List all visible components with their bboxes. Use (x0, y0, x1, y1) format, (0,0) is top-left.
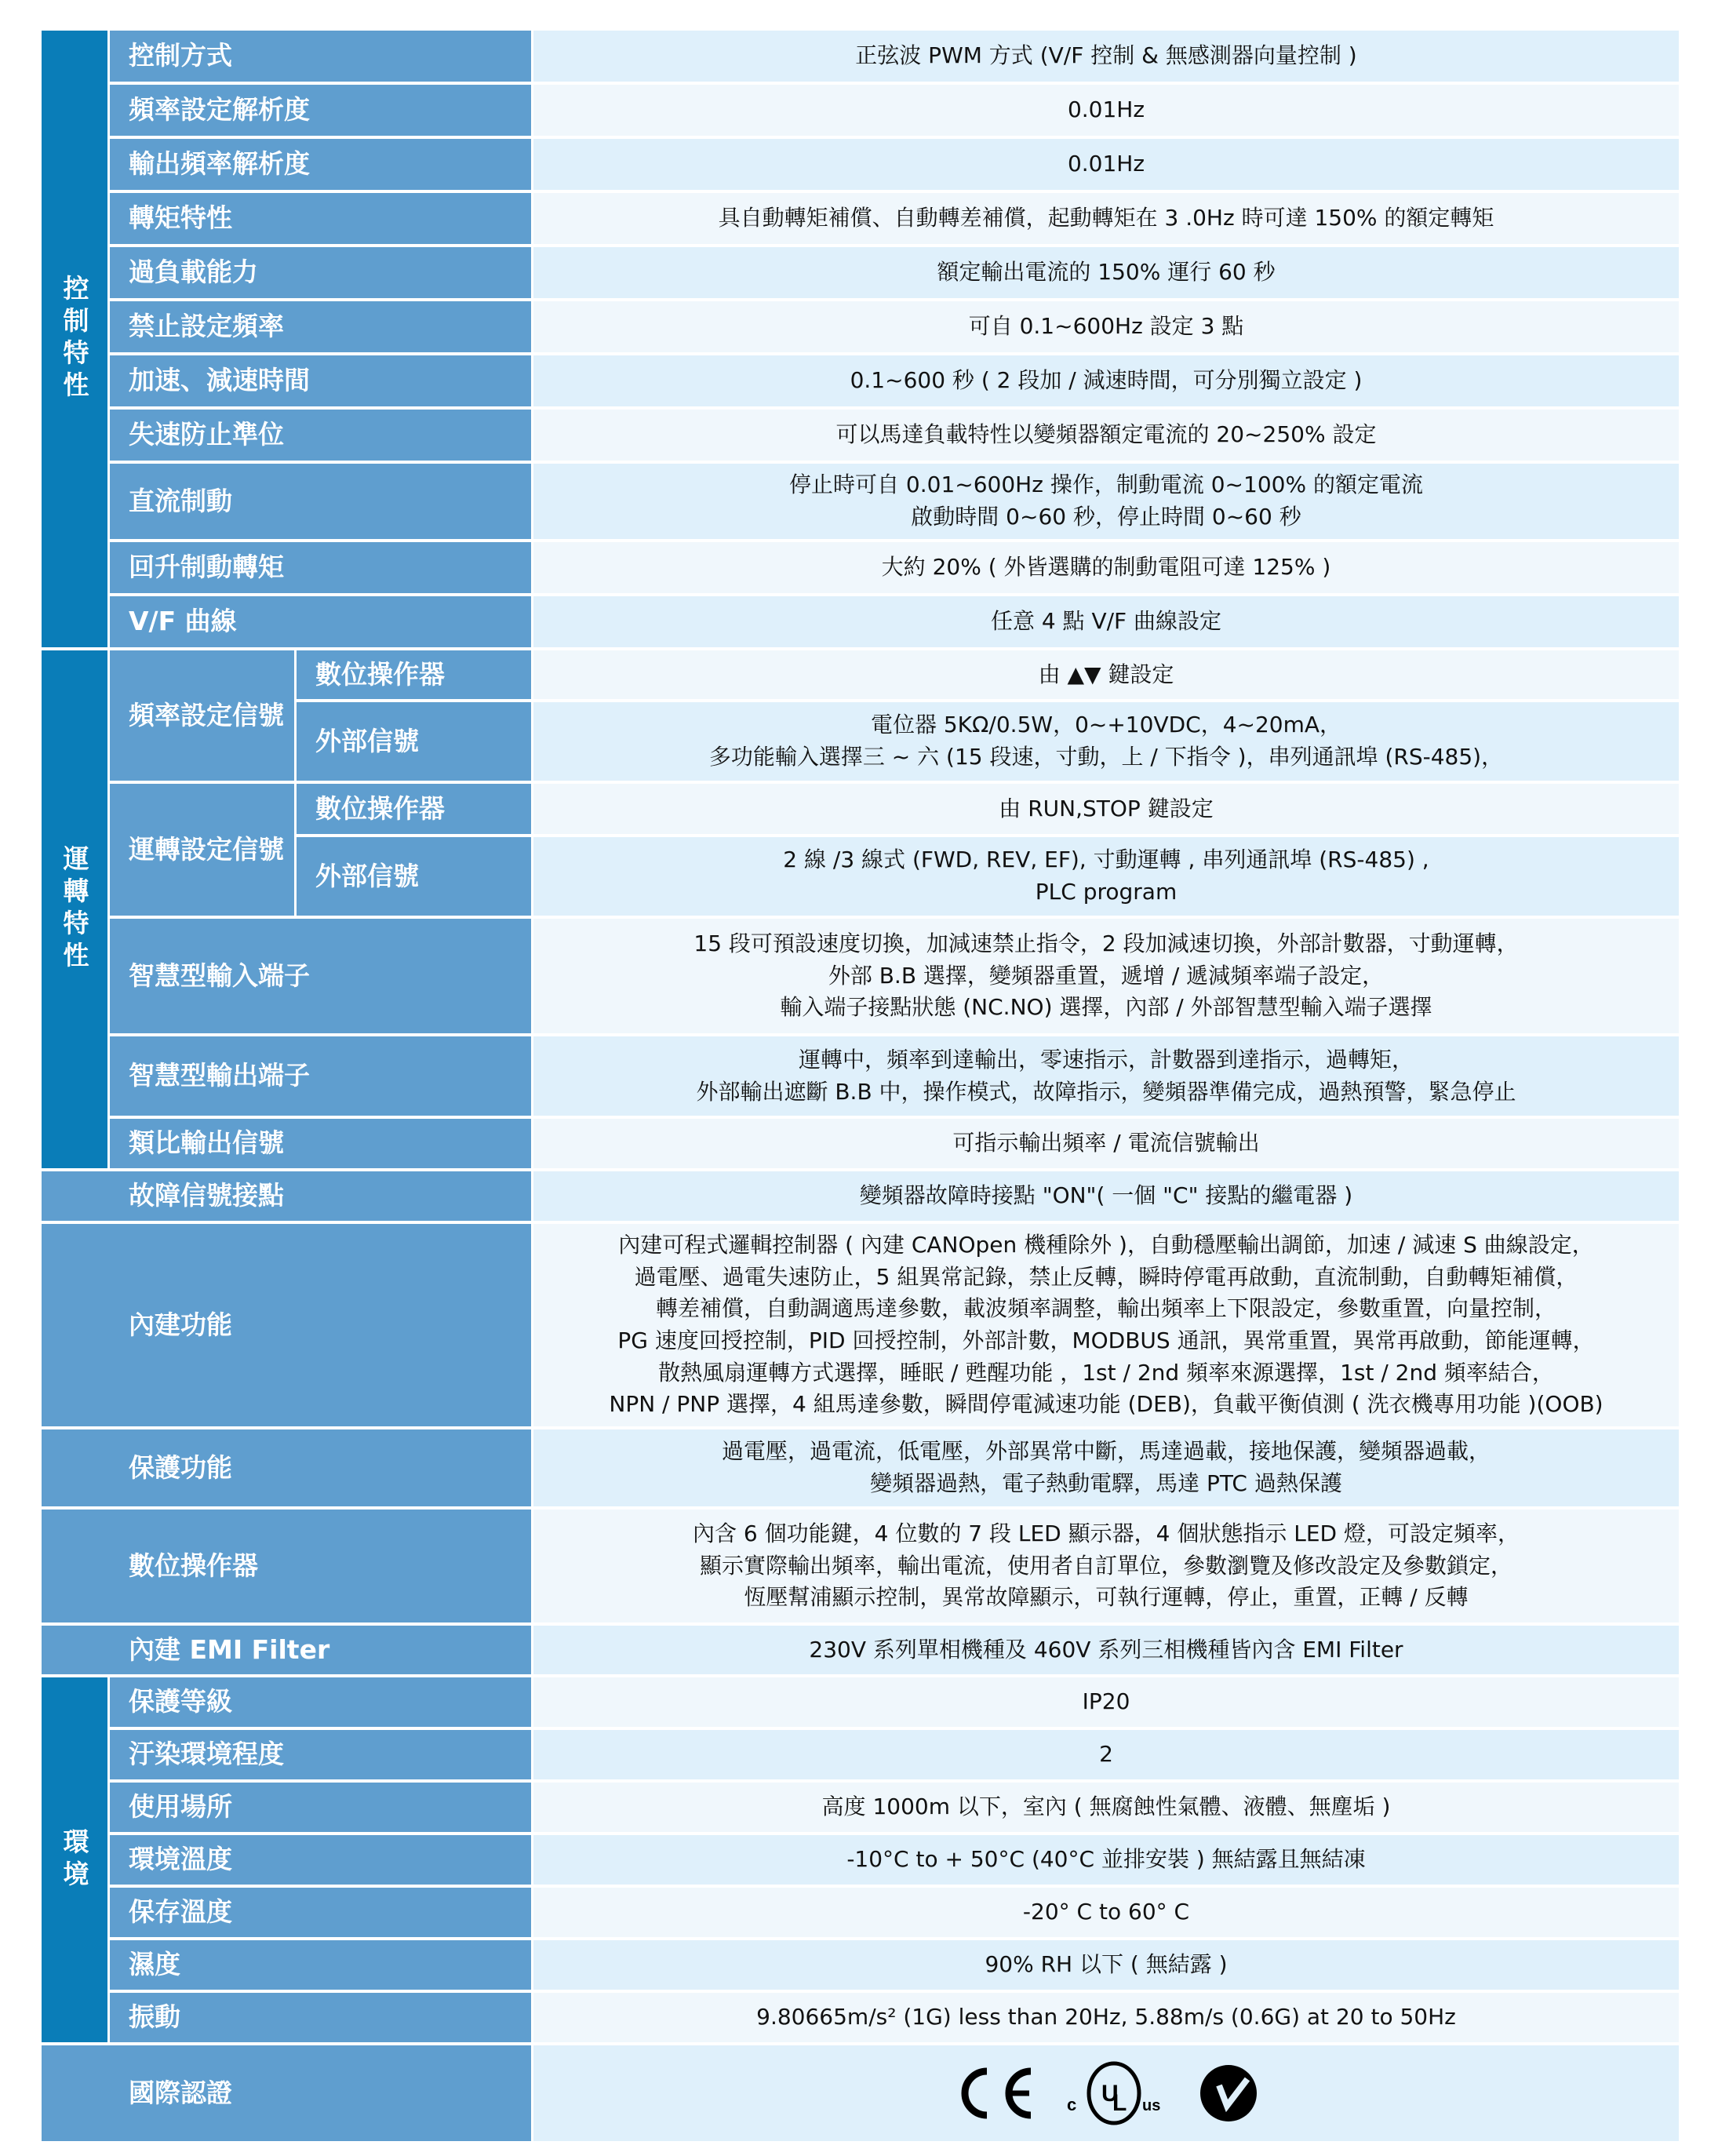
spec-label: 智慧型輸入端子 (110, 919, 531, 1033)
spec-value-line: 15 段可預設速度切換，加減速禁止指令，2 段加減速切換，外部計數器，寸動運轉， (693, 928, 1518, 960)
cul-us-mark-icon: cULus (1067, 2059, 1169, 2128)
spec-label: 頻率設定解析度 (110, 85, 531, 136)
spec-value-line: 過電壓、過電失速防止，5 組異常記錄，禁止反轉，瞬時停電再啟動，直流制動，自動轉… (635, 1262, 1578, 1294)
spec-value-line: 由 RUN,STOP 鍵設定 (999, 793, 1213, 825)
spec-value-line: 輸入端子接點狀態 (NC.NO) 選擇，內部 / 外部智慧型輸入端子選擇 (780, 992, 1432, 1024)
spec-label: 保護等級 (110, 1677, 531, 1727)
spec-value-line: -20° C to 60° C (1023, 1896, 1189, 1928)
spec-sublabel: 外部信號 (297, 702, 531, 781)
cert-logos: cULus (952, 2059, 1260, 2128)
spec-value-line: -10°C to + 50°C (40°C 並排安裝 ) 無結露且無結凍 (846, 1844, 1365, 1876)
spec-label: 故障信號接點 (42, 1171, 531, 1221)
c-tick-mark-icon (1197, 2062, 1260, 2125)
spec-value: 可指示輸出頻率 / 電流信號輸出 (533, 1119, 1679, 1168)
spec-value-line: 任意 4 點 V/F 曲線設定 (991, 606, 1221, 638)
spec-value: 運轉中，頻率到達輸出，零速指示，計數器到達指示，過轉矩，外部輸出遮斷 B.B 中… (533, 1036, 1679, 1116)
spec-value-line: 轉差補償，自動調適馬達參數，載波頻率調整，輸出頻率上下限設定，參數重置，向量控制… (656, 1293, 1556, 1325)
spec-value: 90% RH 以下 ( 無結露 ) (533, 1940, 1679, 1990)
certification-marks: cULus (533, 2045, 1679, 2141)
spec-sublabel: 外部信號 (297, 837, 531, 916)
svg-text:L: L (1112, 2090, 1127, 2116)
spec-value: 電位器 5KΩ/0.5W，0~+10VDC，4~20mA，多功能輸入選擇三 ~ … (533, 702, 1679, 781)
group-label-run: 運轉設定信號 (110, 784, 294, 916)
spec-label: 回升制動轉矩 (110, 542, 531, 593)
spec-value: 內含 6 個功能鍵，4 位數的 7 段 LED 顯示器，4 個狀態指示 LED … (533, 1510, 1679, 1622)
spec-value: 任意 4 點 V/F 曲線設定 (533, 596, 1679, 647)
spec-value-line: PLC program (1036, 876, 1177, 909)
spec-value: 大約 20% ( 外皆選購的制動電阻可達 125% ) (533, 542, 1679, 593)
spec-label: V/F 曲線 (110, 596, 531, 647)
spec-value-line: 90% RH 以下 ( 無結露 ) (985, 1949, 1227, 1981)
category-control: 控制特性 (42, 31, 107, 647)
spec-sublabel: 數位操作器 (297, 650, 531, 699)
spec-value: 額定輸出電流的 150% 運行 60 秒 (533, 247, 1679, 298)
spec-value: 0.1~600 秒 ( 2 段加 / 減速時間，可分別獨立設定 ) (533, 355, 1679, 406)
ce-mark-icon (952, 2065, 1039, 2121)
spec-value-line: 啟動時間 0~60 秒，停止時間 0~60 秒 (911, 501, 1301, 534)
spec-value: 9.80665m/s² (1G) less than 20Hz, 5.88m/s… (533, 1993, 1679, 2042)
spec-value-line: 2 (1099, 1739, 1113, 1771)
spec-value-line: 外部輸出遮斷 B.B 中，操作模式，故障指示，變頻器準備完成，過熱預警，緊急停止 (696, 1076, 1516, 1109)
spec-value-line: 變頻器過熱，電子熱動電驛，馬達 PTC 過熱保護 (870, 1468, 1342, 1500)
spec-value-line: IP20 (1083, 1686, 1130, 1718)
spec-value-line: 0.01Hz (1068, 148, 1145, 180)
spec-value: 2 (533, 1730, 1679, 1779)
spec-value-line: 外部 B.B 選擇，變頻器重置，遞增 / 遞減頻率端子設定， (828, 960, 1384, 992)
spec-value-line: 散熱風扇運轉方式選擇，睡眠 / 甦醒功能 ，1st / 2nd 頻率來源選擇，1… (658, 1357, 1554, 1389)
spec-value-line: 內建可程式邏輯控制器 ( 內建 CANOpen 機種除外 )，自動穩壓輸出調節，… (618, 1229, 1594, 1262)
spec-value-line: 0.01Hz (1068, 94, 1145, 126)
spec-value-line: 過電壓，過電流，低電壓，外部異常中斷，馬達過載，接地保護，變頻器過載， (722, 1436, 1491, 1468)
spec-label: 智慧型輸出端子 (110, 1036, 531, 1116)
spec-label: 輸出頻率解析度 (110, 139, 531, 190)
spec-value-line: 可指示輸出頻率 / 電流信號輸出 (952, 1127, 1259, 1160)
spec-value: 230V 系列單相機種及 460V 系列三相機種皆內含 EMI Filter (533, 1626, 1679, 1674)
spec-label: 失速防止準位 (110, 410, 531, 461)
spec-sublabel: 數位操作器 (297, 784, 531, 834)
spec-label: 使用場所 (110, 1783, 531, 1832)
spec-value-line: 多功能輸入選擇三 ~ 六 (15 段速，寸動，上 / 下指令 )，串列通訊埠 (… (709, 741, 1503, 774)
spec-value: -20° C to 60° C (533, 1888, 1679, 1937)
spec-label-certification: 國際認證 (42, 2045, 531, 2141)
spec-label: 內建功能 (42, 1224, 531, 1426)
spec-label: 加速、減速時間 (110, 355, 531, 406)
spec-value-line: PG 速度回授控制，PID 回授控制，外部計數，MODBUS 通訊，異常重置，異… (617, 1325, 1594, 1357)
spec-value: 停止時可自 0.01~600Hz 操作，制動電流 0~100% 的額定電流啟動時… (533, 464, 1679, 539)
spec-label: 濕度 (110, 1940, 531, 1990)
spec-value: 過電壓，過電流，低電壓，外部異常中斷，馬達過載，接地保護，變頻器過載，變頻器過熱… (533, 1429, 1679, 1506)
spec-value-line: 恆壓幫浦顯示控制，異常故障顯示，可執行運轉，停止，重置，正轉 / 反轉 (744, 1582, 1468, 1614)
spec-label: 環境溫度 (110, 1835, 531, 1885)
group-label-freq: 頻率設定信號 (110, 650, 294, 781)
svg-text:us: us (1142, 2097, 1160, 2114)
spec-value-line: 電位器 5KΩ/0.5W，0~+10VDC，4~20mA， (871, 709, 1341, 741)
spec-value-line: 運轉中，頻率到達輸出，零速指示，計數器到達指示，過轉矩， (799, 1044, 1414, 1076)
svg-text:c: c (1067, 2095, 1076, 2114)
spec-value-line: 大約 20% ( 外皆選購的制動電阻可達 125% ) (882, 552, 1331, 584)
spec-value: IP20 (533, 1677, 1679, 1727)
spec-label: 保存溫度 (110, 1888, 531, 1937)
spec-table: 控制特性控制方式正弦波 PWM 方式 (V/F 控制 & 無感測器向量控制 )頻… (42, 31, 1679, 2141)
spec-value: 2 線 /3 線式 (FWD, REV, EF), 寸動運轉 , 串列通訊埠 (… (533, 837, 1679, 916)
spec-value-line: 額定輸出電流的 150% 運行 60 秒 (937, 257, 1275, 289)
spec-value-line: 具自動轉矩補償、自動轉差補償，起動轉矩在 3 .0Hz 時可達 150% 的額定… (719, 202, 1494, 235)
spec-label: 直流制動 (110, 464, 531, 539)
spec-value-line: 顯示實際輸出頻率，輸出電流，使用者自訂單位，參數瀏覽及修改設定及參數鎖定， (700, 1550, 1512, 1582)
spec-value: 15 段可預設速度切換，加減速禁止指令，2 段加減速切換，外部計數器，寸動運轉，… (533, 919, 1679, 1033)
spec-label: 類比輸出信號 (110, 1119, 531, 1168)
spec-value-line: 2 線 /3 線式 (FWD, REV, EF), 寸動運轉 , 串列通訊埠 (… (783, 844, 1429, 876)
spec-value-line: 高度 1000m 以下，室內 ( 無腐蝕性氣體、液體、無塵垢 ) (822, 1791, 1391, 1823)
spec-value: 變頻器故障時接點 "ON"( 一個 "C" 接點的繼電器 ) (533, 1171, 1679, 1221)
spec-value-line: 可自 0.1~600Hz 設定 3 點 (969, 311, 1244, 343)
spec-value-line: 變頻器故障時接點 "ON"( 一個 "C" 接點的繼電器 ) (860, 1180, 1352, 1212)
spec-label: 數位操作器 (42, 1510, 531, 1622)
spec-value: 0.01Hz (533, 139, 1679, 190)
category-environment: 環境 (42, 1677, 107, 2042)
spec-value: 0.01Hz (533, 85, 1679, 136)
spec-value: 具自動轉矩補償、自動轉差補償，起動轉矩在 3 .0Hz 時可達 150% 的額定… (533, 193, 1679, 244)
spec-value-line: 正弦波 PWM 方式 (V/F 控制 & 無感測器向量控制 ) (855, 40, 1356, 72)
spec-value-line: 內含 6 個功能鍵，4 位數的 7 段 LED 顯示器，4 個狀態指示 LED … (693, 1518, 1520, 1550)
spec-value-line: 9.80665m/s² (1G) less than 20Hz, 5.88m/s… (756, 2001, 1456, 2034)
spec-value: 可以馬達負載特性以變頻器額定電流的 20~250% 設定 (533, 410, 1679, 461)
spec-label: 控制方式 (110, 31, 531, 82)
spec-value: 可自 0.1~600Hz 設定 3 點 (533, 301, 1679, 352)
spec-value: 高度 1000m 以下，室內 ( 無腐蝕性氣體、液體、無塵垢 ) (533, 1783, 1679, 1832)
spec-value-line: NPN / PNP 選擇，4 組馬達參數，瞬間停電減速功能 (DEB)，負載平衡… (609, 1389, 1603, 1421)
spec-value-line: 0.1~600 秒 ( 2 段加 / 減速時間，可分別獨立設定 ) (850, 365, 1363, 397)
spec-label: 過負載能力 (110, 247, 531, 298)
category-operation: 運轉特性 (42, 650, 107, 1168)
spec-value: 由 RUN,STOP 鍵設定 (533, 784, 1679, 834)
spec-value: 正弦波 PWM 方式 (V/F 控制 & 無感測器向量控制 ) (533, 31, 1679, 82)
spec-value-line: 可以馬達負載特性以變頻器額定電流的 20~250% 設定 (836, 419, 1377, 451)
spec-value: -10°C to + 50°C (40°C 並排安裝 ) 無結露且無結凍 (533, 1835, 1679, 1885)
spec-label: 汙染環境程度 (110, 1730, 531, 1779)
spec-label: 禁止設定頻率 (110, 301, 531, 352)
spec-value-line: 230V 系列單相機種及 460V 系列三相機種皆內含 EMI Filter (809, 1634, 1403, 1666)
spec-value-line: 由 ▲▼ 鍵設定 (1039, 659, 1174, 691)
spec-value: 內建可程式邏輯控制器 ( 內建 CANOpen 機種除外 )，自動穩壓輸出調節，… (533, 1224, 1679, 1426)
spec-value-line: 停止時可自 0.01~600Hz 操作，制動電流 0~100% 的額定電流 (789, 469, 1423, 501)
spec-label: 轉矩特性 (110, 193, 531, 244)
spec-label: 振動 (110, 1993, 531, 2042)
spec-value: 由 ▲▼ 鍵設定 (533, 650, 1679, 699)
spec-label: 保護功能 (42, 1429, 531, 1506)
spec-label: 內建 EMI Filter (42, 1626, 531, 1674)
